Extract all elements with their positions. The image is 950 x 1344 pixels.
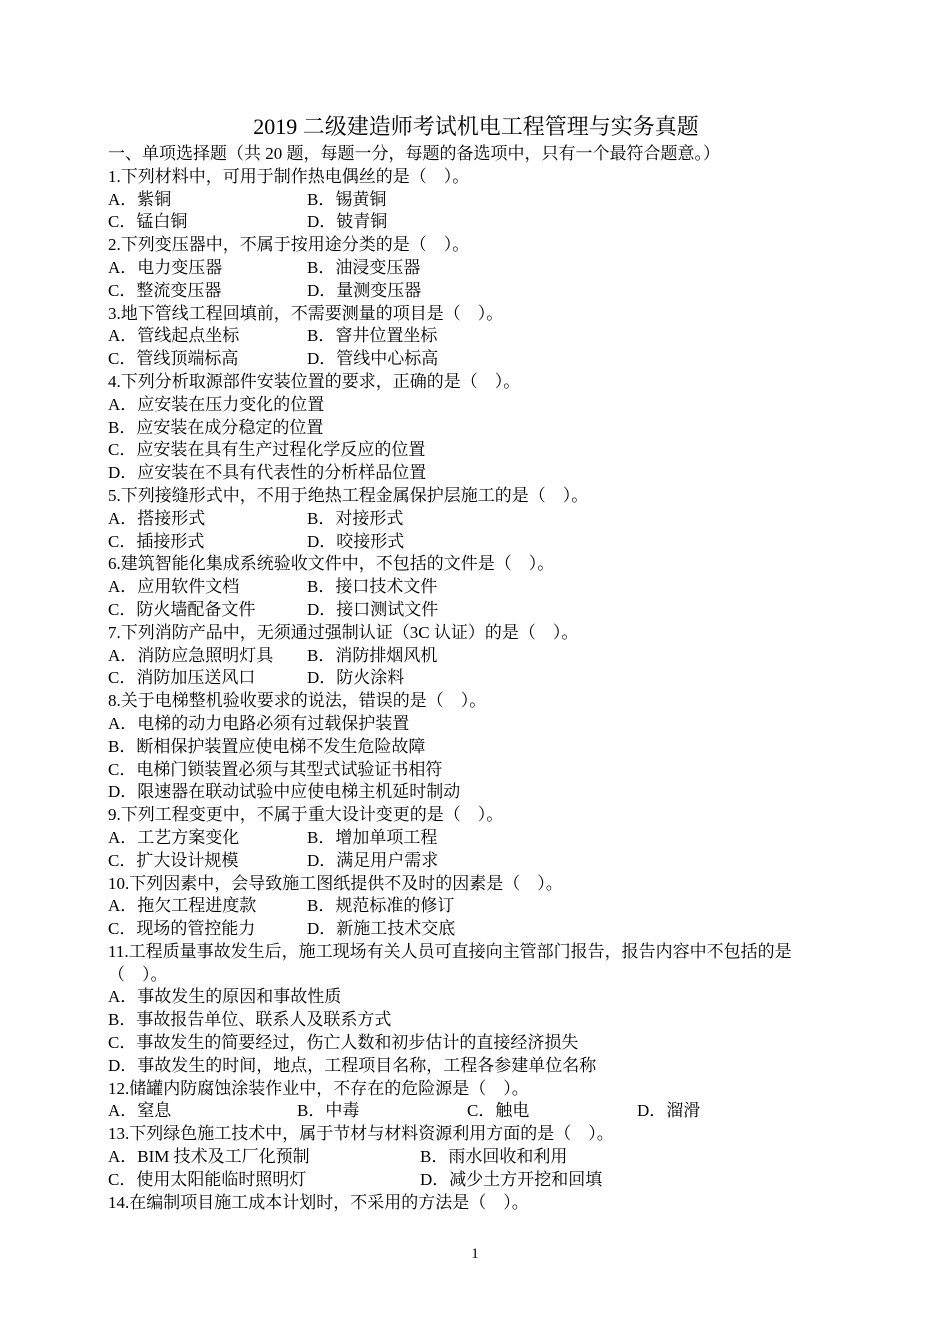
q9-option-c: C．扩大设计规模 — [108, 850, 307, 873]
q1-options-ab: A．紫铜B．锡黄铜 — [108, 189, 844, 212]
q5-option-c: C．插接形式 — [108, 531, 307, 554]
q7-options-ab: A．消防应急照明灯具B．消防排烟风机 — [108, 645, 844, 668]
q6-option-a: A．应用软件文档 — [108, 576, 307, 599]
q5-options-cd: C．插接形式D．咬接形式 — [108, 531, 844, 554]
q1-text: 1.下列材料中，可用于制作热电偶丝的是（ ）。 — [108, 166, 844, 189]
q13-option-d: D．减少土方开挖和回填 — [420, 1169, 602, 1192]
q4-option-c: C．应安装在具有生产过程化学反应的位置 — [108, 439, 844, 462]
q9-option-a: A．工艺方案变化 — [108, 827, 307, 850]
q11-text-line2: （ ）。 — [108, 964, 844, 987]
q7-option-a: A．消防应急照明灯具 — [108, 645, 307, 668]
q6-option-c: C．防火墙配备文件 — [108, 599, 307, 622]
q10-options-ab: A．拖欠工程进度款B．规范标准的修订 — [108, 895, 844, 918]
q2-text: 2.下列变压器中，不属于按用途分类的是（ ）。 — [108, 234, 844, 257]
q11-option-b: B．事故报告单位、联系人及联系方式 — [108, 1009, 844, 1032]
q11-option-d: D．事故发生的时间，地点，工程项目名称，工程各参建单位名称 — [108, 1055, 844, 1078]
q1-options-cd: C．锰白铜D．铍青铜 — [108, 211, 844, 234]
q8-option-d: D．限速器在联动试验中应使电梯主机延时制动 — [108, 781, 844, 804]
q4-option-a: A．应安装在压力变化的位置 — [108, 394, 844, 417]
q8-text: 8.关于电梯整机验收要求的说法，错误的是（ ）。 — [108, 690, 844, 713]
q3-options-cd: C．管线顶端标高D．管线中心标高 — [108, 348, 844, 371]
q5-text: 5.下列接缝形式中，不用于绝热工程金属保护层施工的是（ ）。 — [108, 485, 844, 508]
q9-option-b: B．增加单项工程 — [307, 827, 437, 850]
q10-option-b: B．规范标准的修订 — [307, 895, 454, 918]
q6-options-ab: A．应用软件文档B．接口技术文件 — [108, 576, 844, 599]
q12-option-c: C．触电 — [467, 1100, 637, 1123]
q5-option-b: B．对接形式 — [307, 508, 403, 531]
q2-option-a: A．电力变压器 — [108, 257, 307, 280]
q7-text: 7.下列消防产品中，无须通过强制认证（3C 认证）的是（ ）。 — [108, 622, 844, 645]
document-page: 2019 二级建造师考试机电工程管理与实务真题 一、单项选择题（共 20 题，每… — [0, 0, 950, 1344]
document-body: 一、单项选择题（共 20 题，每题一分，每题的备选项中，只有一个最符合题意。） … — [108, 143, 844, 1214]
q10-option-c: C．现场的管控能力 — [108, 918, 307, 941]
q11-text-line1: 11.工程质量事故发生后，施工现场有关人员可直接向主管部门报告，报告内容中不包括… — [108, 941, 844, 964]
q14-text: 14.在编制项目施工成本计划时，不采用的方法是（ ）。 — [108, 1192, 844, 1215]
q13-options-ab: A．BIM 技术及工厂化预制B．雨水回收和利用 — [108, 1146, 844, 1169]
q10-text: 10.下列因素中，会导致施工图纸提供不及时的因素是（ ）。 — [108, 873, 844, 896]
q13-text: 13.下列绿色施工技术中，属于节材与材料资源利用方面的是（ ）。 — [108, 1123, 844, 1146]
q10-options-cd: C．现场的管控能力D．新施工技术交底 — [108, 918, 844, 941]
q13-option-a: A．BIM 技术及工厂化预制 — [108, 1146, 420, 1169]
q8-option-a: A．电梯的动力电路必须有过载保护装置 — [108, 713, 844, 736]
q12-options-abcd: A．窒息B．中毒C．触电D．溜滑 — [108, 1100, 844, 1123]
q10-option-d: D．新施工技术交底 — [307, 918, 455, 941]
q9-options-ab: A．工艺方案变化B．增加单项工程 — [108, 827, 844, 850]
q8-option-b: B．断相保护装置应使电梯不发生危险故障 — [108, 736, 844, 759]
q1-option-b: B．锡黄铜 — [307, 189, 386, 212]
q4-text: 4.下列分析取源部件安装位置的要求，正确的是（ ）。 — [108, 371, 844, 394]
q13-option-c: C．使用太阳能临时照明灯 — [108, 1169, 420, 1192]
q9-text: 9.下列工程变更中，不属于重大设计变更的是（ ）。 — [108, 804, 844, 827]
q5-option-d: D．咬接形式 — [307, 531, 404, 554]
q3-text: 3.地下管线工程回填前，不需要测量的项目是（ ）。 — [108, 303, 844, 326]
q3-option-b: B．窨井位置坐标 — [307, 325, 437, 348]
q2-options-ab: A．电力变压器B．油浸变压器 — [108, 257, 844, 280]
q12-option-b: B．中毒 — [297, 1100, 467, 1123]
q3-option-c: C．管线顶端标高 — [108, 348, 307, 371]
q2-options-cd: C．整流变压器D．量测变压器 — [108, 280, 844, 303]
q1-option-d: D．铍青铜 — [307, 211, 387, 234]
q6-option-d: D．接口测试文件 — [307, 599, 438, 622]
q12-option-d: D．溜滑 — [637, 1100, 700, 1123]
q6-options-cd: C．防火墙配备文件D．接口测试文件 — [108, 599, 844, 622]
q1-option-a: A．紫铜 — [108, 189, 307, 212]
q7-option-d: D．防火涂料 — [307, 667, 404, 690]
q8-option-c: C．电梯门锁装置必须与其型式试验证书相符 — [108, 759, 844, 782]
q6-text: 6.建筑智能化集成系统验收文件中，不包括的文件是（ ）。 — [108, 553, 844, 576]
q9-options-cd: C．扩大设计规模D．满足用户需求 — [108, 850, 844, 873]
q7-option-b: B．消防排烟风机 — [307, 645, 437, 668]
q2-option-b: B．油浸变压器 — [307, 257, 420, 280]
q6-option-b: B．接口技术文件 — [307, 576, 437, 599]
q3-options-ab: A．管线起点坐标B．窨井位置坐标 — [108, 325, 844, 348]
q5-options-ab: A．搭接形式B．对接形式 — [108, 508, 844, 531]
q5-option-a: A．搭接形式 — [108, 508, 307, 531]
section-header: 一、单项选择题（共 20 题，每题一分，每题的备选项中，只有一个最符合题意。） — [108, 143, 844, 166]
q11-option-c: C．事故发生的简要经过，伤亡人数和初步估计的直接经济损失 — [108, 1032, 844, 1055]
q7-options-cd: C．消防加压送风口D．防火涂料 — [108, 667, 844, 690]
q2-option-d: D．量测变压器 — [307, 280, 421, 303]
q1-option-c: C．锰白铜 — [108, 211, 307, 234]
q3-option-d: D．管线中心标高 — [307, 348, 438, 371]
q7-option-c: C．消防加压送风口 — [108, 667, 307, 690]
q9-option-d: D．满足用户需求 — [307, 850, 438, 873]
q12-option-a: A．窒息 — [108, 1100, 297, 1123]
q3-option-a: A．管线起点坐标 — [108, 325, 307, 348]
q13-options-cd: C．使用太阳能临时照明灯D．减少土方开挖和回填 — [108, 1169, 844, 1192]
q4-option-b: B．应安装在成分稳定的位置 — [108, 417, 844, 440]
q13-option-b: B．雨水回收和利用 — [420, 1146, 567, 1169]
page-number: 1 — [0, 1245, 950, 1263]
q12-text: 12.储罐内防腐蚀涂装作业中，不存在的危险源是（ ）。 — [108, 1078, 844, 1101]
q2-option-c: C．整流变压器 — [108, 280, 307, 303]
page-title: 2019 二级建造师考试机电工程管理与实务真题 — [108, 111, 844, 143]
q11-option-a: A．事故发生的原因和事故性质 — [108, 986, 844, 1009]
q10-option-a: A．拖欠工程进度款 — [108, 895, 307, 918]
q4-option-d: D．应安装在不具有代表性的分析样品位置 — [108, 462, 844, 485]
